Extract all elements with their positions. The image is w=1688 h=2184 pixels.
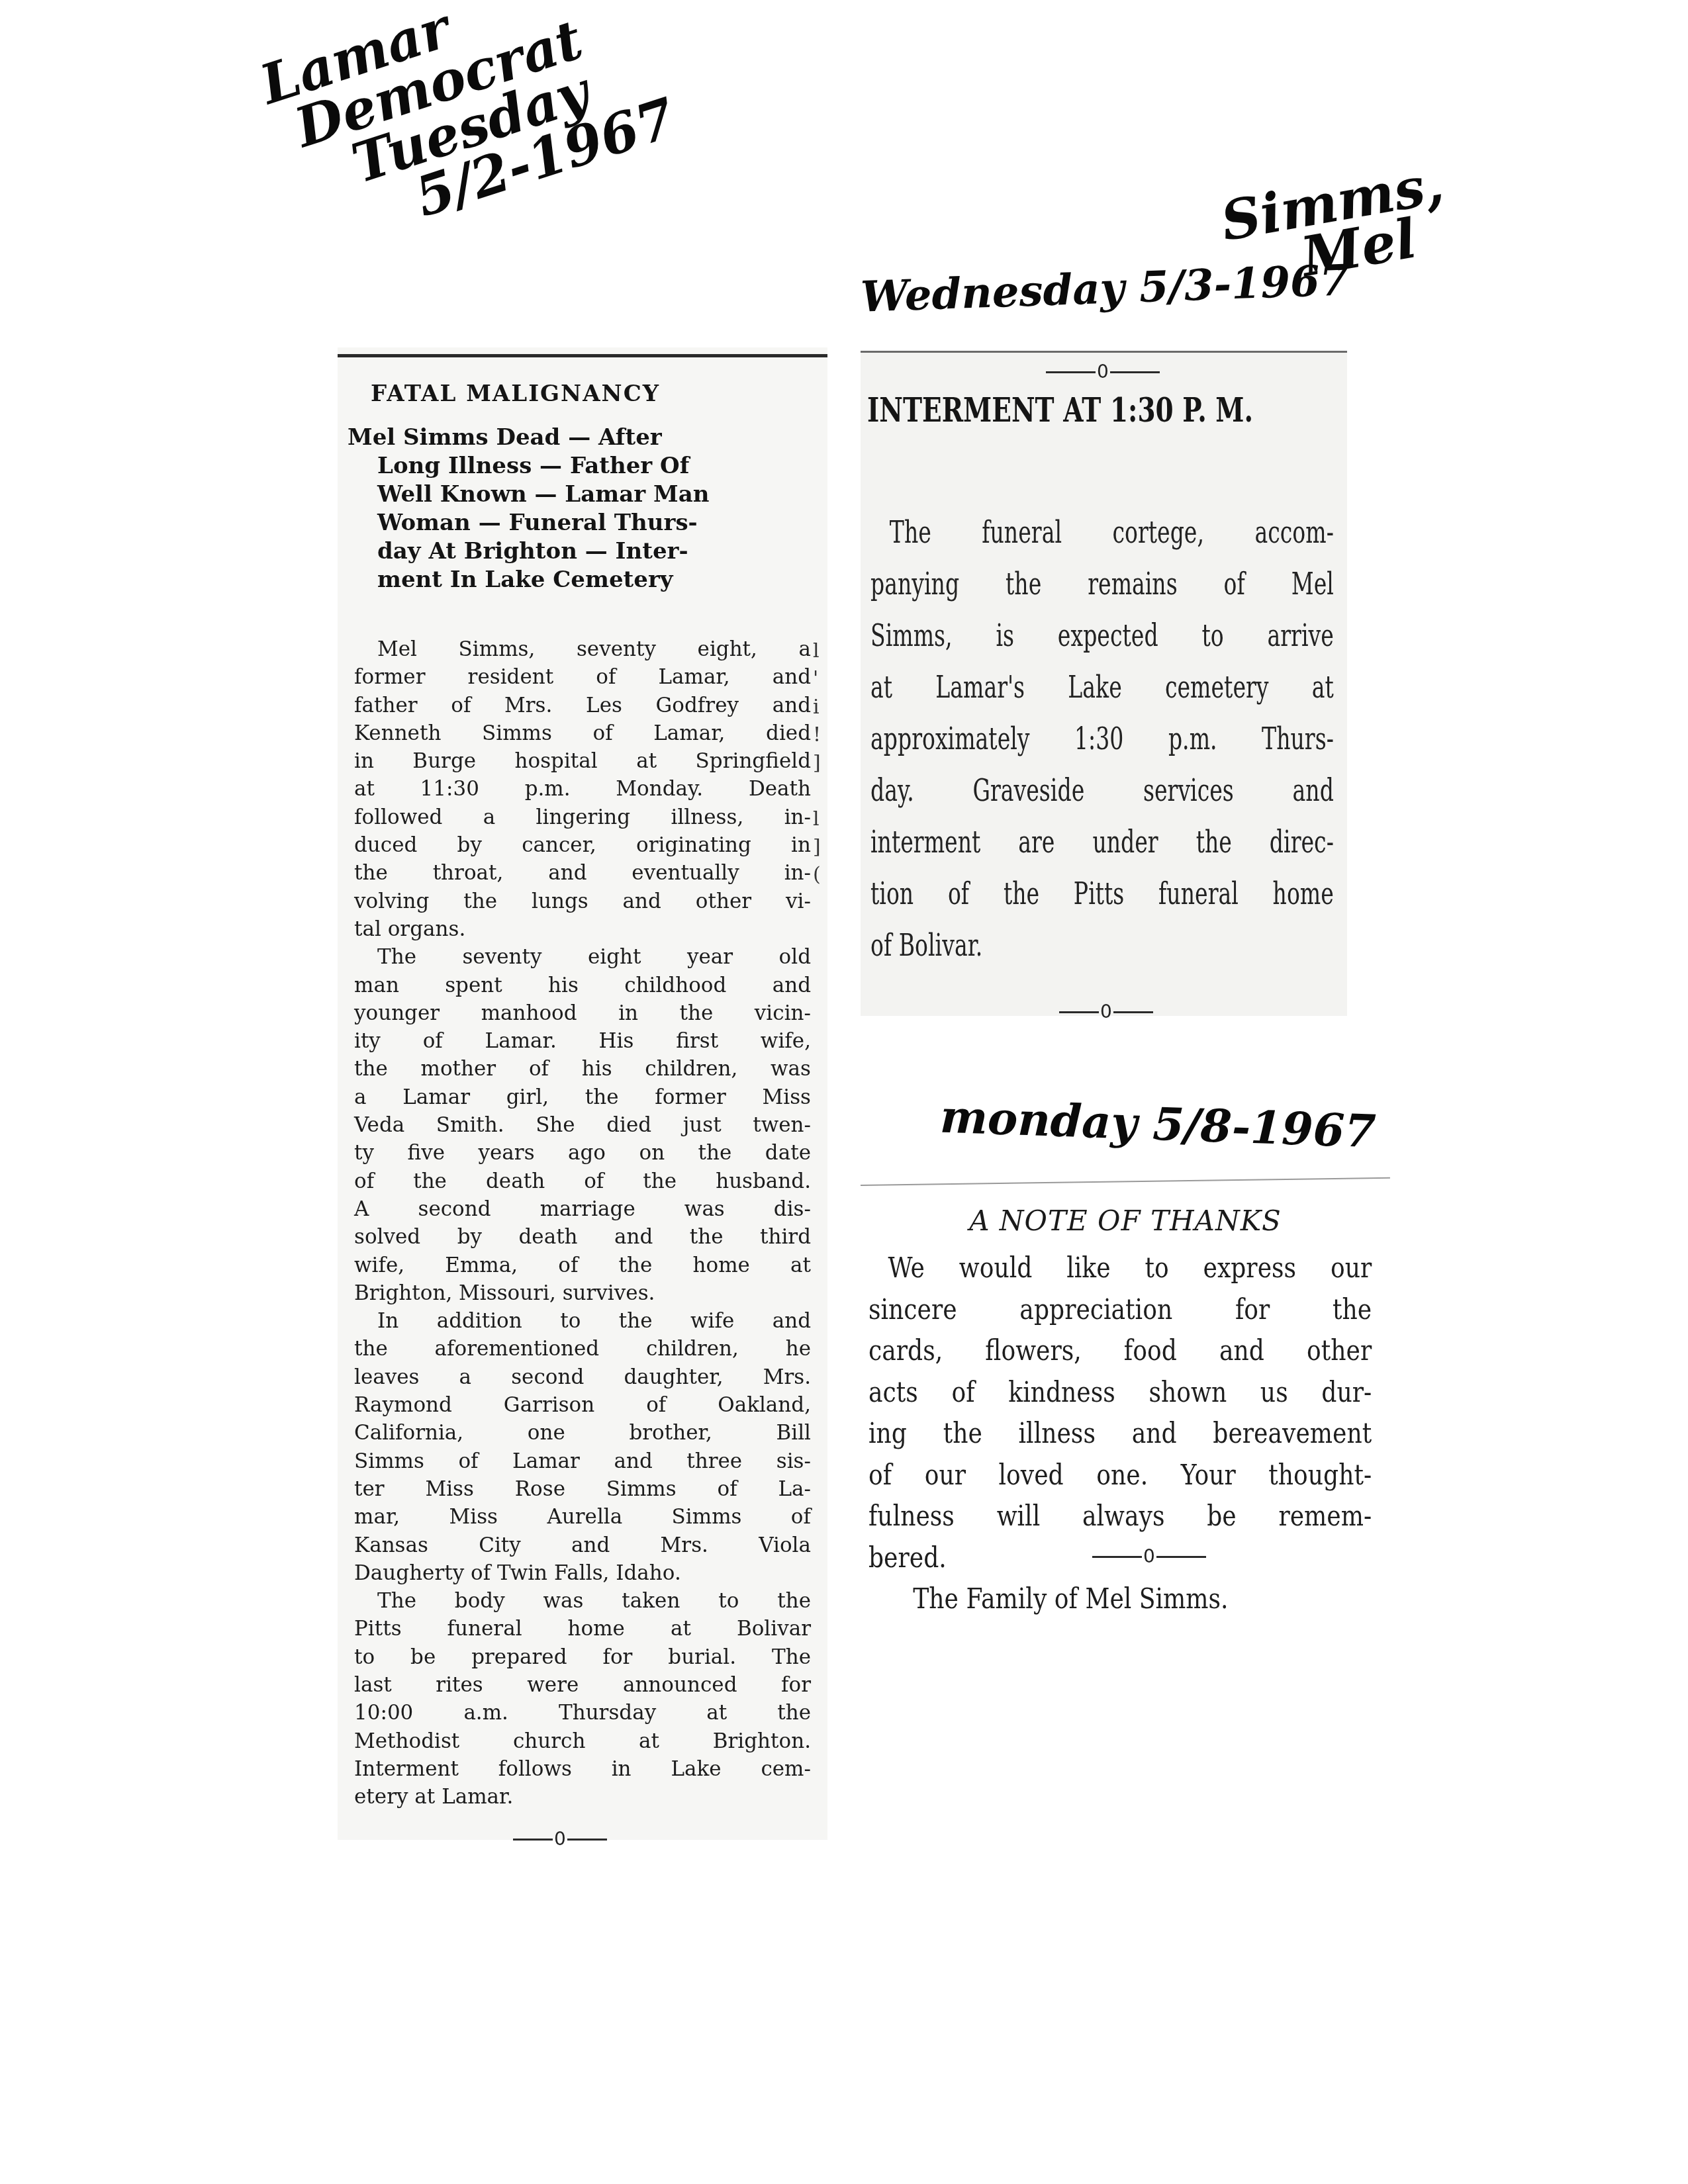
- obituary-text-line: The body was taken to the: [354, 1587, 811, 1615]
- obituary-text-line: a Lamar girl, the former Miss: [354, 1083, 811, 1111]
- obituary-text-line: mar, Miss Aurella Simms of: [354, 1503, 811, 1531]
- obituary-subheadline: Mel Simms Dead — AfterLong Illness — Fat…: [348, 424, 804, 594]
- obituary-text-line: Daugherty of Twin Falls, Idaho.: [354, 1559, 811, 1587]
- interment-text-line: approximately 1:30 p.m. Thurs-: [870, 713, 1334, 764]
- handwritten-clipping2-date: Wednesday 5/3-1967: [860, 259, 1350, 319]
- handwritten-newspaper-source-note: Lamar Democrat Tuesday 5/2-1967: [255, 0, 681, 259]
- subheadline-line: Mel Simms Dead — After: [348, 424, 804, 452]
- margin-fragment: l: [813, 637, 821, 665]
- handwritten-clipping3-date: monday 5/8-1967: [939, 1095, 1376, 1155]
- column-rule: [861, 1177, 1390, 1186]
- margin-fragment: (: [813, 861, 821, 889]
- thanks-text-line: We would like to express our: [868, 1248, 1372, 1289]
- ornament-circle: 0: [1097, 363, 1109, 381]
- column-rule: [861, 351, 1347, 353]
- end-ornament: 0: [1092, 1547, 1206, 1566]
- ornament-rule-left: [1059, 1011, 1099, 1013]
- subheadline-line: Long Illness — Father Of: [348, 452, 804, 480]
- margin-fragment: ': [813, 665, 821, 693]
- obituary-text-line: of the death of the husband.: [354, 1167, 811, 1195]
- obituary-text-line: man spent his childhood and: [354, 972, 811, 999]
- obituary-text-line: Brighton, Missouri, survives.: [354, 1279, 811, 1307]
- column-rule: [338, 354, 827, 357]
- ornament-rule-right: [567, 1839, 607, 1841]
- interment-text-line: The funeral cortege, accom-: [870, 506, 1334, 558]
- obituary-text-line: Methodist church at Brighton.: [354, 1727, 811, 1755]
- obituary-headline: FATAL MALIGNANCY: [371, 381, 660, 407]
- obituary-text-line: Pitts funeral home at Bolivar: [354, 1615, 811, 1643]
- interment-text-line: Simms, is expected to arrive: [870, 610, 1334, 661]
- obituary-text-line: California, one brother, Bill: [354, 1419, 811, 1447]
- obituary-text-line: younger manhood in the vicin-: [354, 999, 811, 1027]
- obituary-text-line: Mel Simms, seventy eight, a: [354, 635, 811, 663]
- obituary-text-line: volving the lungs and other vi-: [354, 887, 811, 915]
- ornament-circle: 0: [1100, 1003, 1112, 1021]
- obituary-text-line: ity of Lamar. His first wife,: [354, 1027, 811, 1055]
- ornament-rule-right: [1113, 1011, 1153, 1013]
- obituary-text-line: to be prepared for burial. The: [354, 1643, 811, 1671]
- thanks-text-line: sincere appreciation for the: [868, 1289, 1372, 1331]
- obituary-text-line: former resident of Lamar, and: [354, 663, 811, 691]
- interment-notice-clipping: 0 INTERMENT AT 1:30 P. M. The funeral co…: [861, 351, 1347, 1016]
- obituary-clipping: FATAL MALIGNANCY Mel Simms Dead — AfterL…: [338, 347, 827, 1840]
- ornament-circle: 0: [554, 1830, 566, 1848]
- interment-text-line: at Lamar's Lake cemetery at: [870, 661, 1334, 713]
- thanks-signature: The Family of Mel Simms.: [868, 1578, 1372, 1620]
- note-of-thanks-clipping: A NOTE OF THANKS We would like to expres…: [861, 1185, 1390, 1694]
- obituary-text-line: father of Mrs. Les Godfrey and: [354, 692, 811, 719]
- obituary-text-line: ter Miss Rose Simms of La-: [354, 1475, 811, 1503]
- interment-text-line: interment are under the direc-: [870, 816, 1334, 868]
- obituary-text-line: 10:00 a.m. Thursday at the: [354, 1699, 811, 1727]
- obituary-text-line: solved by death and the third: [354, 1223, 811, 1251]
- interment-text-line: panying the remains of Mel: [870, 558, 1334, 610]
- obituary-text-line: A second marriage was dis-: [354, 1195, 811, 1223]
- obituary-text-line: Interment follows in Lake cem-: [354, 1755, 811, 1783]
- obituary-text-line: at 11:30 p.m. Monday. Death: [354, 775, 811, 803]
- ornament-rule-left: [1092, 1556, 1142, 1558]
- subheadline-line: ment In Lake Cemetery: [348, 566, 804, 594]
- interment-text-line: of Bolivar.: [870, 919, 1334, 971]
- thanks-text-line: of our loved one. Your thought-: [868, 1455, 1372, 1496]
- interment-text-line: tion of the Pitts funeral home: [870, 868, 1334, 919]
- subheadline-line: Well Known — Lamar Man: [348, 480, 804, 509]
- margin-fragment: l: [813, 805, 821, 833]
- end-ornament: 0: [513, 1830, 607, 1848]
- thanks-headline: A NOTE OF THANKS: [861, 1205, 1390, 1237]
- top-ornament: 0: [1046, 363, 1160, 381]
- obituary-text-line: Kenneth Simms of Lamar, died: [354, 719, 811, 747]
- subheadline-line: day At Brighton — Inter-: [348, 537, 804, 566]
- obituary-text-line: the mother of his children, was: [354, 1055, 811, 1083]
- obituary-text-line: the aforementioned children, he: [354, 1335, 811, 1363]
- ornament-rule-left: [513, 1839, 553, 1841]
- margin-fragment: i: [813, 694, 821, 721]
- obituary-text-line: leaves a second daughter, Mrs.: [354, 1363, 811, 1391]
- obituary-text-line: tal organs.: [354, 915, 811, 943]
- obituary-text-line: The seventy eight year old: [354, 943, 811, 971]
- interment-body: The funeral cortege, accom-panying the r…: [870, 506, 1334, 971]
- obituary-text-line: Simms of Lamar and three sis-: [354, 1447, 811, 1475]
- obituary-text-line: Veda Smith. She died just twen-: [354, 1111, 811, 1139]
- obituary-text-line: duced by cancer, originating in: [354, 831, 811, 859]
- obituary-text-line: etery at Lamar.: [354, 1783, 811, 1811]
- margin-fragment: ]: [813, 833, 821, 861]
- margin-fragment: ]: [813, 749, 821, 777]
- thanks-text-line: fulness will always be remem-: [868, 1496, 1372, 1537]
- obituary-text-line: the throat, and eventually in-: [354, 859, 811, 887]
- ornament-rule-right: [1156, 1556, 1206, 1558]
- thanks-text-line: cards, flowers, food and other: [868, 1330, 1372, 1372]
- adjacent-column-fragments: l'i!] l](: [813, 637, 821, 889]
- obituary-text-line: Kansas City and Mrs. Viola: [354, 1531, 811, 1559]
- interment-text-line: day. Graveside services and: [870, 764, 1334, 816]
- obituary-text-line: last rites were announced for: [354, 1671, 811, 1699]
- end-ornament: 0: [1059, 1003, 1153, 1021]
- obituary-text-line: followed a lingering illness, in-: [354, 803, 811, 831]
- subheadline-line: Woman — Funeral Thurs-: [348, 509, 804, 537]
- thanks-text-line: ing the illness and bereavement: [868, 1413, 1372, 1455]
- ornament-circle: 0: [1143, 1547, 1155, 1566]
- obituary-text-line: ty five years ago on the date: [354, 1139, 811, 1167]
- margin-fragment: [813, 777, 821, 805]
- ornament-rule-left: [1046, 371, 1096, 373]
- obituary-body: Mel Simms, seventy eight, aformer reside…: [354, 635, 811, 1811]
- margin-fragment: !: [813, 721, 821, 749]
- obituary-text-line: in Burge hospital at Springfield: [354, 747, 811, 775]
- ornament-rule-right: [1110, 371, 1160, 373]
- obituary-text-line: In addition to the wife and: [354, 1307, 811, 1335]
- interment-headline: INTERMENT AT 1:30 P. M.: [867, 390, 1253, 430]
- obituary-text-line: Raymond Garrison of Oakland,: [354, 1391, 811, 1419]
- obituary-text-line: wife, Emma, of the home at: [354, 1251, 811, 1279]
- thanks-text-line: acts of kindness shown us dur-: [868, 1372, 1372, 1414]
